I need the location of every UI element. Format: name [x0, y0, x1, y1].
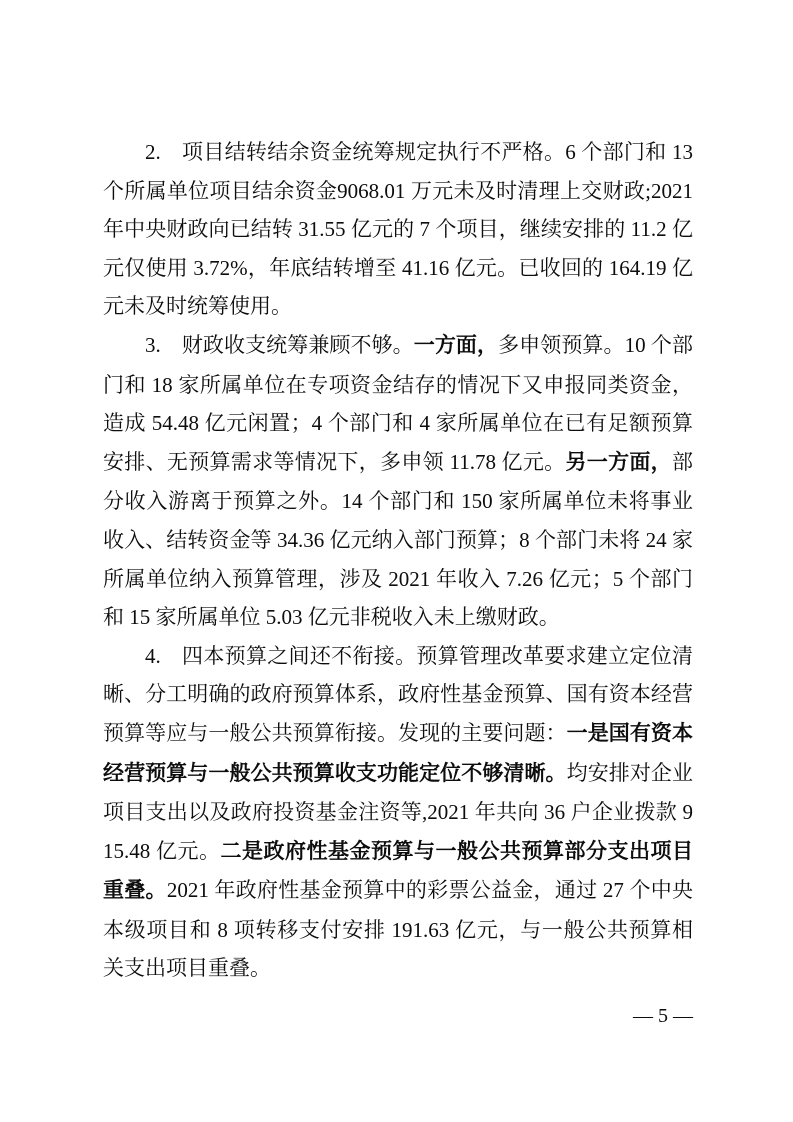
- paragraph: 3. 财政收支统筹兼顾不够。一方面，多申领预算。10 个部门和 18 家所属单位…: [103, 326, 693, 637]
- body-text: 2021 年政府性基金预算中的彩票公益金，通过 27 个中央本级项目和 8 项转…: [103, 878, 693, 980]
- item-title: 3. 财政收支统筹兼顾不够。: [145, 333, 414, 357]
- bold-phrase: 一方面，: [414, 334, 498, 357]
- document-body: 2. 项目结转结余资金统筹规定执行不严格。6 个部门和 13 个所属单位项目结余…: [103, 133, 693, 988]
- body-text: 部分收入游离于预算之外。14 个部门和 150 家所属单位未将事业收入、结转资金…: [103, 450, 693, 629]
- bold-phrase: 另一方面，: [565, 451, 672, 474]
- document-page: 2. 项目结转结余资金统筹规定执行不严格。6 个部门和 13 个所属单位项目结余…: [0, 0, 793, 1122]
- page-number: — 5 —: [633, 1005, 693, 1027]
- paragraph: 4. 四本预算之间还不衔接。预算管理改革要求建立定位清晰、分工明确的政府预算体系…: [103, 637, 693, 988]
- item-title: 2. 项目结转结余资金统筹规定执行不严格。: [145, 140, 565, 164]
- paragraph: 2. 项目结转结余资金统筹规定执行不严格。6 个部门和 13 个所属单位项目结余…: [103, 133, 693, 326]
- item-title: 4. 四本预算之间还不衔接。: [145, 644, 416, 668]
- page-footer: — 5 —: [493, 1002, 693, 1030]
- body-text: 6 个部门和 13 个所属单位项目结余资金9068.01 万元未及时清理上交财政…: [103, 140, 693, 318]
